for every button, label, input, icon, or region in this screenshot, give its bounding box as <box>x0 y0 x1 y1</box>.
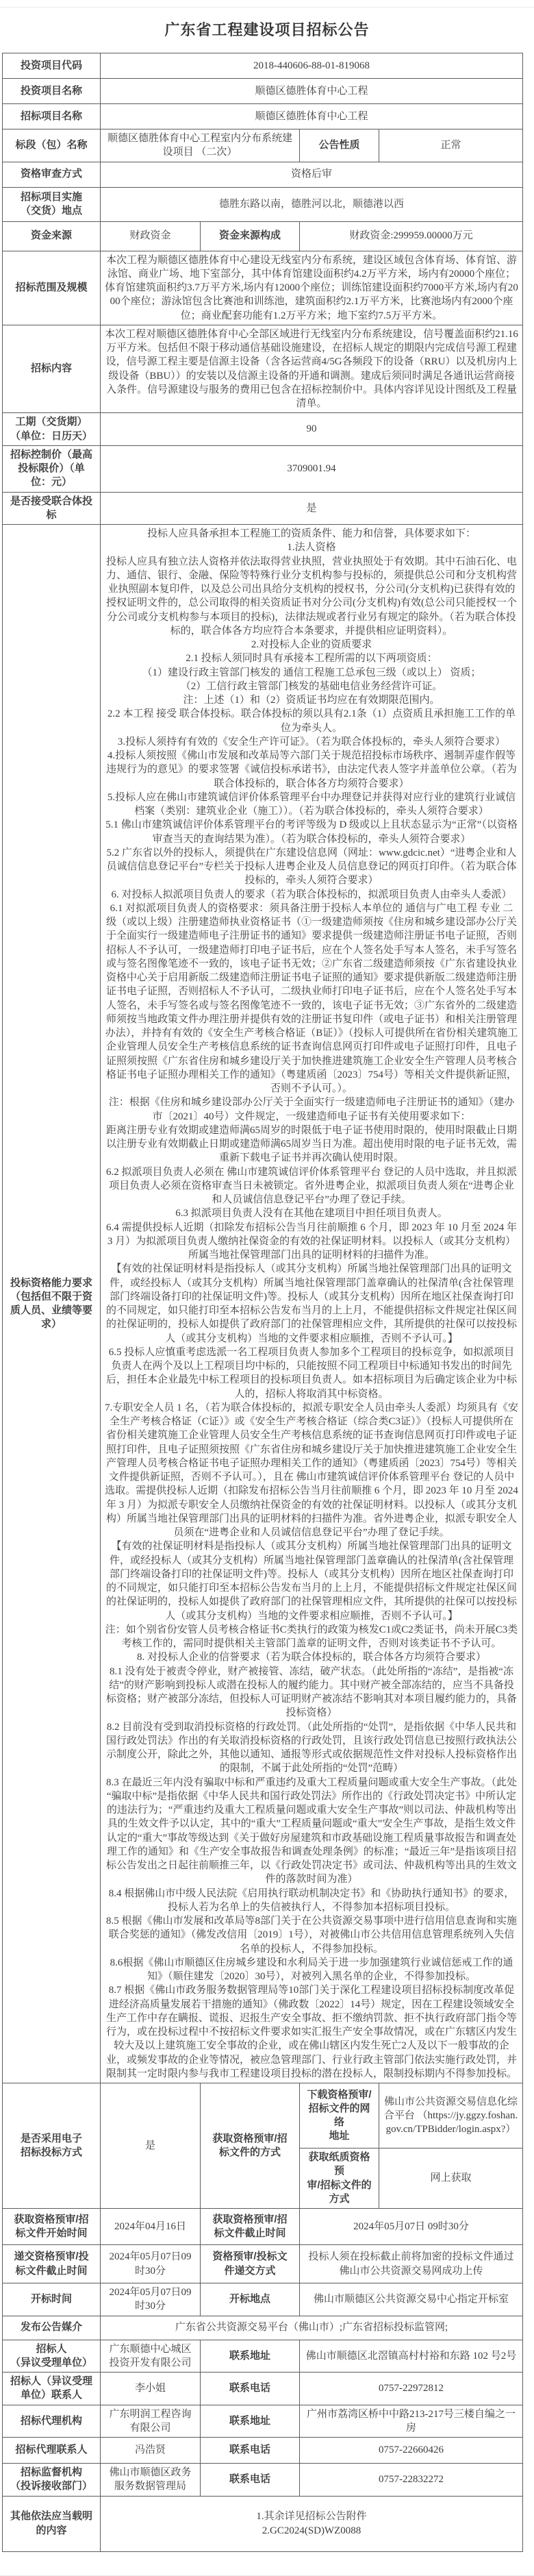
tender-scope-value: 本次工程为顺德区德胜体育中心建设无线室内分布系统，建设区域包含体育场、体育馆、游… <box>101 251 523 325</box>
supervision-agency-label: 招标监督机构 （投诉接收部门） <box>3 2464 101 2497</box>
table-row: 是否接受联合体投 标 是 <box>3 492 523 525</box>
agency-contact-value: 冯浩贤 <box>101 2438 201 2464</box>
tenderer-contact-value: 李小姐 <box>101 2373 201 2405</box>
table-row: 投标资格能力要求 （包括但不限于资 质人员、业绩等要 求） 投标人应具备承担本工… <box>3 525 523 2083</box>
tenderer-address-label: 联系地址 <box>201 2340 300 2373</box>
table-row: 是否采用电子 招标投标方式 是 获取资格预审/招 标文件的方式 下载资格预审/ … <box>3 2083 523 2148</box>
section-package-name-label: 标段（包）名称 <box>3 129 101 162</box>
construction-period-label: 工期（交货期） （单位：日历天） <box>3 413 101 446</box>
delivery-location-value: 德胜东路以南，德胜河以北，顺德港以西 <box>101 187 523 221</box>
construction-period-value: 90 <box>101 413 523 446</box>
tender-announcement-table: 投资项目代码 2018-440606-88-01-819068 投资项目名称 顺… <box>2 53 523 2552</box>
agency-phone-value: 0757-22660426 <box>300 2438 523 2464</box>
tender-project-name-label: 招标项目名称 <box>3 104 101 129</box>
tenderer-value: 广东顺德中心城区投资开发有限公司 <box>101 2340 201 2373</box>
table-row: 招标人 （异议受理单位） 广东顺德中心城区投资开发有限公司 联系地址 佛山市顺德… <box>3 2340 523 2373</box>
tenderer-label: 招标人 （异议受理单位） <box>3 2340 101 2373</box>
consortium-bidding-label: 是否接受联合体投 标 <box>3 492 101 525</box>
announcement-media-value: 广东省公共资源交易平台（佛山市）;广东省招标投标监管网; <box>101 2316 523 2340</box>
tender-content-value: 本次工程对顺德区德胜体育中心全部区域进行无线室内分布系统建设，信号覆盖面积约21… <box>101 325 523 413</box>
table-row: 投资项目名称 顺德区德胜体育中心工程 <box>3 79 523 104</box>
submission-method-label: 资格预审/投标文 件递交方式 <box>201 2245 300 2283</box>
download-url-label: 下载资格预审/ 招标文件的网络 地址 <box>300 2083 379 2148</box>
table-row: 递交资格预审/投 标文件截止时间 2024年05月07日09时30分 资格预审/… <box>3 2245 523 2283</box>
other-content-value: 1.其余详见招标公告附件 2.GC2024(SD)WZ0088 <box>101 2496 523 2551</box>
section-package-name-value: 顺德区德胜体育中心工程室内分布系统建设项目 （二次） <box>101 129 300 162</box>
tender-content-label: 招标内容 <box>3 325 101 413</box>
table-row: 资金来源 财政资金 资金来源构成 财政资金:299959.00000万元 <box>3 221 523 251</box>
doc-obtain-start-value: 2024年04月16日 <box>101 2209 201 2245</box>
doc-obtain-end-value: 2024年05月07日 09时30分 <box>300 2209 523 2245</box>
table-row: 招标控制价（最高 投标限价）（单 位：元） 3709001.94 <box>3 445 523 492</box>
notice-nature-label: 公告性质 <box>300 129 379 162</box>
notice-nature-value: 正常 <box>379 129 523 162</box>
fund-source-label: 资金来源 <box>3 221 101 251</box>
bottom-divider <box>0 2575 534 2576</box>
top-divider <box>0 7 534 8</box>
supervision-phone-value: 0757-22832272 <box>300 2464 523 2497</box>
tenderer-contact-label: 招标人（异议受理 单位）联系人 <box>3 2373 101 2405</box>
bid-opening-place-label: 开标地点 <box>201 2283 300 2316</box>
bid-opening-time-label: 开标时间 <box>3 2283 101 2316</box>
doc-obtain-start-label: 获取资格预审/招 标文件开始时间 <box>3 2209 101 2245</box>
invest-project-name-value: 顺德区德胜体育中心工程 <box>101 79 523 104</box>
table-row: 开标时间 2024年05月07日09时30分 开标地点 佛山市顺德区公共资源交易… <box>3 2283 523 2316</box>
table-row: 招标代理联系人 冯浩贤 联系电话 0757-22660426 <box>3 2438 523 2464</box>
invest-project-code-label: 投资项目代码 <box>3 53 101 79</box>
bidder-qualification-label: 投标资格能力要求 （包括但不限于资 质人员、业绩等要 求） <box>3 525 101 2083</box>
table-row: 投资项目代码 2018-440606-88-01-819068 <box>3 53 523 79</box>
table-row: 招标监督机构 （投诉接收部门） 佛山市顺德区政务服务数据管理局 联系电话 075… <box>3 2464 523 2497</box>
other-content-label: 其他依法应当载明 的内容 <box>3 2496 101 2551</box>
tenderer-phone-label: 联系电话 <box>201 2373 300 2405</box>
tender-control-price-value: 3709001.94 <box>101 445 523 492</box>
submission-deadline-value: 2024年05月07日09时30分 <box>101 2245 201 2283</box>
table-row: 招标范围及规模 本次工程为顺德区德胜体育中心建设无线室内分布系统，建设区域包含体… <box>3 251 523 325</box>
table-row: 招标人（异议受理 单位）联系人 李小姐 联系电话 0757-22972812 <box>3 2373 523 2405</box>
submission-deadline-label: 递交资格预审/投 标文件截止时间 <box>3 2245 101 2283</box>
supervision-agency-value: 佛山市顺德区政务服务数据管理局 <box>101 2464 201 2497</box>
consortium-bidding-value: 是 <box>101 492 523 525</box>
agency-contact-label: 招标代理联系人 <box>3 2438 101 2464</box>
qualification-review-label: 资格审查方式 <box>3 162 101 187</box>
invest-project-name-label: 投资项目名称 <box>3 79 101 104</box>
tender-control-price-label: 招标控制价（最高 投标限价）（单 位：元） <box>3 445 101 492</box>
fund-composition-label: 资金来源构成 <box>201 221 300 251</box>
doc-obtain-end-label: 获取资格预审/招 标文件截止时间 <box>201 2209 300 2245</box>
table-row: 招标内容 本次工程对顺德区德胜体育中心全部区域进行无线室内分布系统建设，信号覆盖… <box>3 325 523 413</box>
bid-opening-time-value: 2024年05月07日09时30分 <box>101 2283 201 2316</box>
tender-announcement-page: { "page": { "title": "广东省工程建设项目招标公告" }, … <box>0 0 534 2576</box>
fund-composition-value: 财政资金:299959.00000万元 <box>300 221 523 251</box>
agency-label: 招标代理机构 <box>3 2405 101 2438</box>
table-row: 发布公告媒介 广东省公共资源交易平台（佛山市）;广东省招标投标监管网; <box>3 2316 523 2340</box>
invest-project-code-value: 2018-440606-88-01-819068 <box>101 53 523 79</box>
bid-opening-place-value: 佛山市顺德区公共资源交易中心指定开标室 <box>300 2283 523 2316</box>
tenderer-address-value: 佛山市顺德区北滘镇高村村裕和东路 102 号2号 <box>300 2340 523 2373</box>
qualification-review-value: 资格后审 <box>101 162 523 187</box>
agency-value: 广东明润工程咨询有限公司 <box>101 2405 201 2438</box>
tenderer-phone-value: 0757-22972812 <box>300 2373 523 2405</box>
table-row: 招标项目名称 顺德区德胜体育中心工程 <box>3 104 523 129</box>
table-row: 获取资格预审/招 标文件开始时间 2024年04月16日 获取资格预审/招 标文… <box>3 2209 523 2245</box>
supervision-phone-label: 联系电话 <box>201 2464 300 2497</box>
tender-project-name-value: 顺德区德胜体育中心工程 <box>101 104 523 129</box>
bidder-qualification-value: 投标人应具备承担本工程施工的资质条件、能力和信誉，具体要求如下： 1.法人资格 … <box>101 525 523 2083</box>
paper-obtain-method-label: 获取纸质资格预 审/招标文件的 方式 <box>300 2148 379 2209</box>
table-row: 标段（包）名称 顺德区德胜体育中心工程室内分布系统建设项目 （二次） 公告性质 … <box>3 129 523 162</box>
table-row: 其他依法应当载明 的内容 1.其余详见招标公告附件 2.GC2024(SD)WZ… <box>3 2496 523 2551</box>
document-obtain-method-label: 获取资格预审/招 标文件的方式 <box>201 2083 300 2209</box>
announcement-media-label: 发布公告媒介 <box>3 2316 101 2340</box>
agency-phone-label: 联系电话 <box>201 2438 300 2464</box>
paper-obtain-method-value: 网上获取 <box>379 2148 523 2209</box>
agency-address-label: 联系地址 <box>201 2405 300 2438</box>
table-row: 招标项目实施 （交货）地点 德胜东路以南，德胜河以北，顺德港以西 <box>3 187 523 221</box>
table-row: 工期（交货期） （单位：日历天） 90 <box>3 413 523 446</box>
submission-method-value: 投标人须在投标截止前将加密的投标文件通过佛山市公共资源交易网成功上传 <box>300 2245 523 2283</box>
fund-source-value: 财政资金 <box>101 221 201 251</box>
table-row: 招标代理机构 广东明润工程咨询有限公司 联系地址 广州市荔湾区桥中中路213-2… <box>3 2405 523 2438</box>
electronic-bidding-value: 是 <box>101 2083 201 2209</box>
tender-scope-label: 招标范围及规模 <box>3 251 101 325</box>
table-row: 资格审查方式 资格后审 <box>3 162 523 187</box>
agency-address-value: 广州市荔湾区桥中中路213-217号三楼自编之一房 <box>300 2405 523 2438</box>
download-url-value: 佛山市公共资源交易信息化综合平台 （https://jy.ggzy.foshan… <box>379 2083 523 2148</box>
electronic-bidding-label: 是否采用电子 招标投标方式 <box>3 2083 101 2209</box>
delivery-location-label: 招标项目实施 （交货）地点 <box>3 187 101 221</box>
